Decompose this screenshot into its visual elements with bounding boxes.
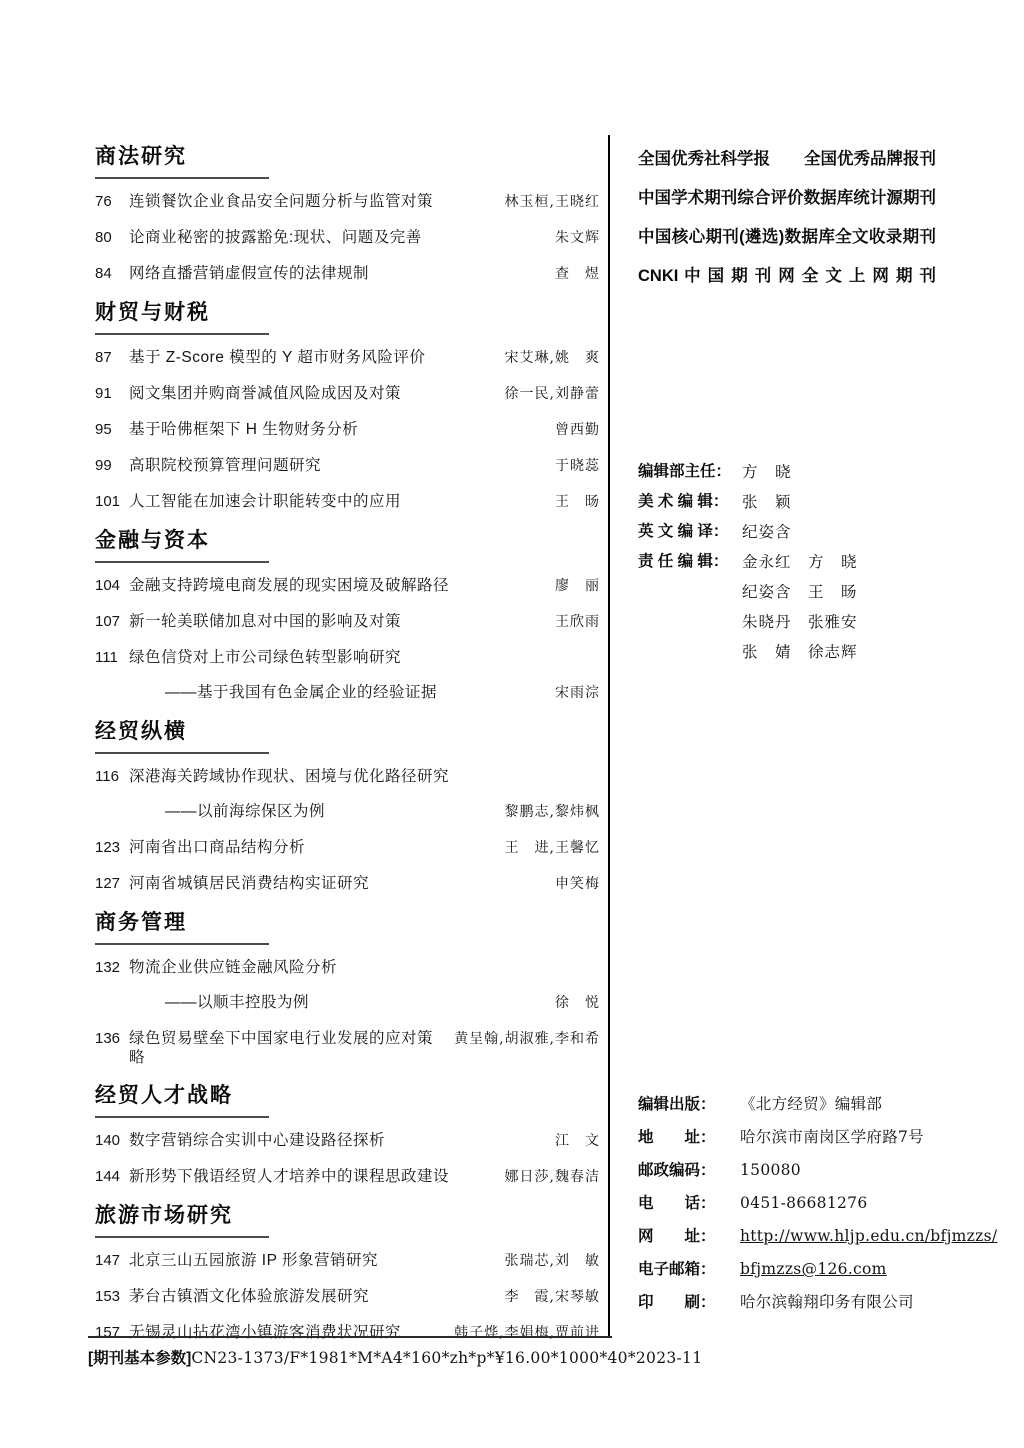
editorial-label: 编辑部主任： xyxy=(638,457,742,487)
toc-article-row: 101 人工智能在加速会计职能转变中的应用 王 旸 xyxy=(95,492,600,512)
footer-label: [期刊基本参数] xyxy=(88,1350,191,1367)
article-authors: 黄呈翰,胡淑雅,李和希 xyxy=(454,1030,600,1049)
article-page-number: 80 xyxy=(95,228,129,247)
article-authors: 娜日莎,魏春洁 xyxy=(505,1168,600,1187)
article-page-number: 147 xyxy=(95,1251,129,1270)
footer-params: CN23-1373/F*1981*M*A4*160*zh*p*¥16.00*10… xyxy=(191,1349,702,1367)
publisher-label: 邮政编码： xyxy=(638,1154,740,1187)
article-page-number: 153 xyxy=(95,1287,129,1306)
toc-article-subtitle-row: ——以前海综保区为例 黎鹏志,黎炜枫 xyxy=(95,802,600,822)
article-authors: 朱文辉 xyxy=(555,229,600,248)
publisher-row: 电 话： 0451-86681276 xyxy=(638,1187,936,1220)
toc-article-row: 116 深港海关跨域协作现状、困境与优化路径研究 xyxy=(95,767,600,786)
article-authors: 江 文 xyxy=(555,1132,600,1151)
article-authors: 林玉桓,王晓红 xyxy=(505,193,600,212)
article-title: 深港海关跨域协作现状、困境与优化路径研究 xyxy=(129,767,600,786)
editorial-row: 美 术 编 辑： 张 颖 xyxy=(638,487,936,517)
article-page-number: 123 xyxy=(95,838,129,857)
article-page-number: 99 xyxy=(95,456,129,475)
section-title: 商法研究 xyxy=(95,144,600,170)
toc-article-row: 91 阅文集团并购商誉减值风险成因及对策 徐一民,刘静蕾 xyxy=(95,384,600,404)
article-title: 数字营销综合实训中心建设路径探析 xyxy=(129,1131,555,1150)
toc-article-row: 111 绿色信贷对上市公司绿色转型影响研究 xyxy=(95,648,600,667)
column-divider-line xyxy=(608,135,610,1338)
editorial-value: 纪姿含 王 旸 xyxy=(638,577,936,607)
accolade-line: 中国学术期刊综合评价数据库统计源期刊 xyxy=(638,179,936,218)
article-title: 基于 Z-Score 模型的 Y 超市财务风险评价 xyxy=(129,348,505,367)
section-title: 旅游市场研究 xyxy=(95,1203,600,1229)
accolade-line: 全国优秀社科学报 全国优秀品牌报刊 xyxy=(638,140,936,179)
publisher-label: 编辑出版： xyxy=(638,1088,740,1121)
article-authors: 申笑梅 xyxy=(555,875,600,894)
article-authors: 王 进,王馨忆 xyxy=(505,839,600,858)
toc-article-row: 153 茅台古镇酒文化体验旅游发展研究 李 霞,宋琴敏 xyxy=(95,1287,600,1307)
article-title: 河南省城镇居民消费结构实证研究 xyxy=(129,874,555,893)
website-link[interactable]: http://www.hljp.edu.cn/bfjmzzs/ xyxy=(740,1220,997,1253)
article-page-number: 76 xyxy=(95,192,129,211)
editorial-label: 责 任 编 辑： xyxy=(638,547,742,577)
publisher-value: 0451-86681276 xyxy=(740,1187,867,1220)
toc-article-row: 147 北京三山五园旅游 IP 形象营销研究 张瑞芯,刘 敏 xyxy=(95,1251,600,1271)
article-authors: 徐一民,刘静蕾 xyxy=(505,385,600,404)
publisher-value: 《北方经贸》编辑部 xyxy=(740,1088,882,1121)
toc-article-row: 140 数字营销综合实训中心建设路径探析 江 文 xyxy=(95,1131,600,1151)
publisher-row: 电子邮箱： bfjmzzs@126.com xyxy=(638,1253,936,1286)
accolade-line: CNKI 中 国 期 刊 网 全 文 上 网 期 刊 xyxy=(638,257,936,296)
article-title: 人工智能在加速会计职能转变中的应用 xyxy=(129,492,555,511)
publisher-label: 网 址： xyxy=(638,1220,740,1253)
article-title: 物流企业供应链金融风险分析 xyxy=(129,958,600,977)
toc-article-row: 144 新形势下俄语经贸人才培养中的课程思政建设 娜日莎,魏春洁 xyxy=(95,1167,600,1187)
article-subtitle: ——基于我国有色金属企业的经验证据 xyxy=(129,683,555,702)
section-title: 经贸纵横 xyxy=(95,719,600,745)
article-page-number: 87 xyxy=(95,348,129,367)
editorial-staff-block: 编辑部主任： 方 晓 美 术 编 辑： 张 颖 英 文 编 译： 纪姿含 责 任… xyxy=(638,457,936,667)
article-title: 论商业秘密的披露豁免:现状、问题及完善 xyxy=(129,228,555,247)
article-page-number: 140 xyxy=(95,1131,129,1150)
editorial-value: 纪姿含 xyxy=(742,517,792,547)
publisher-row: 印 刷： 哈尔滨翰翔印务有限公司 xyxy=(638,1286,936,1319)
editorial-row: 英 文 编 译： 纪姿含 xyxy=(638,517,936,547)
article-title: 基于哈佛框架下 H 生物财务分析 xyxy=(129,420,555,439)
article-page-number: 107 xyxy=(95,612,129,631)
editorial-value: 金永红 方 晓 xyxy=(742,547,858,577)
publisher-label: 印 刷： xyxy=(638,1286,740,1319)
article-authors: 王 旸 xyxy=(555,493,600,512)
toc-article-row: 132 物流企业供应链金融风险分析 xyxy=(95,958,600,977)
editorial-value: 朱晓丹 张雅安 xyxy=(638,607,936,637)
publisher-row: 地 址： 哈尔滨市南岗区学府路7号 xyxy=(638,1121,936,1154)
article-page-number: 91 xyxy=(95,384,129,403)
accolade-text: 全国优秀品牌报刊 xyxy=(804,140,936,179)
publisher-row: 网 址： http://www.hljp.edu.cn/bfjmzzs/ xyxy=(638,1220,936,1253)
section-underline xyxy=(95,752,269,754)
article-page-number: 111 xyxy=(95,648,129,667)
section-underline xyxy=(95,177,269,179)
section-title: 经贸人才战略 xyxy=(95,1083,600,1109)
article-authors: 曾西勤 xyxy=(555,421,600,440)
article-authors: 黎鹏志,黎炜枫 xyxy=(505,803,600,822)
article-title: 网络直播营销虚假宣传的法律规制 xyxy=(129,264,555,283)
article-subtitle: ——以前海综保区为例 xyxy=(129,802,505,821)
section-underline xyxy=(95,561,269,563)
journal-parameters-footer: [期刊基本参数]CN23-1373/F*1981*M*A4*160*zh*p*¥… xyxy=(88,1336,612,1368)
toc-article-row: 76 连锁餐饮企业食品安全问题分析与监管对策 林玉桓,王晓红 xyxy=(95,192,600,212)
section-title: 金融与资本 xyxy=(95,528,600,554)
editorial-row: 责 任 编 辑： 金永红 方 晓 xyxy=(638,547,936,577)
article-title: 河南省出口商品结构分析 xyxy=(129,838,505,857)
toc-article-row: 84 网络直播营销虚假宣传的法律规制 查 煜 xyxy=(95,264,600,284)
editorial-value: 张 颖 xyxy=(742,487,792,517)
section-underline xyxy=(95,943,269,945)
editorial-value: 张 婧 徐志辉 xyxy=(638,637,936,667)
section-underline xyxy=(95,1236,269,1238)
toc-article-row: 107 新一轮美联储加息对中国的影响及对策 王欣雨 xyxy=(95,612,600,632)
article-authors: 王欣雨 xyxy=(555,613,600,632)
article-title: 新形势下俄语经贸人才培养中的课程思政建设 xyxy=(129,1167,505,1186)
article-title: 北京三山五园旅游 IP 形象营销研究 xyxy=(129,1251,505,1270)
toc-article-row: 80 论商业秘密的披露豁免:现状、问题及完善 朱文辉 xyxy=(95,228,600,248)
publisher-value: 哈尔滨市南岗区学府路7号 xyxy=(740,1121,924,1154)
email-link[interactable]: bfjmzzs@126.com xyxy=(740,1253,887,1286)
accolade-line: 中国核心期刊(遴选)数据库全文收录期刊 xyxy=(638,218,936,257)
publisher-label: 电子邮箱： xyxy=(638,1253,740,1286)
table-of-contents: 商法研究 76 连锁餐饮企业食品安全问题分析与监管对策 林玉桓,王晓红 80 论… xyxy=(95,140,600,1359)
article-title: 高职院校预算管理问题研究 xyxy=(129,456,555,475)
publisher-value: 150080 xyxy=(740,1154,801,1187)
article-authors: 查 煜 xyxy=(555,265,600,284)
article-authors: 于晓蕊 xyxy=(555,457,600,476)
toc-article-subtitle-row: ——以顺丰控股为例 徐 悦 xyxy=(95,993,600,1013)
article-authors: 宋雨淙 xyxy=(555,684,600,703)
article-page-number: 127 xyxy=(95,874,129,893)
publisher-row: 编辑出版： 《北方经贸》编辑部 xyxy=(638,1088,936,1121)
editorial-row: 编辑部主任： 方 晓 xyxy=(638,457,936,487)
article-authors: 廖 丽 xyxy=(555,577,600,596)
article-page-number: 84 xyxy=(95,264,129,283)
publisher-label: 电 话： xyxy=(638,1187,740,1220)
article-page-number: 136 xyxy=(95,1029,129,1048)
editorial-value: 方 晓 xyxy=(742,457,792,487)
article-authors: 徐 悦 xyxy=(555,994,600,1013)
article-page-number: 132 xyxy=(95,958,129,977)
editorial-label: 英 文 编 译： xyxy=(638,517,742,547)
toc-article-row: 95 基于哈佛框架下 H 生物财务分析 曾西勤 xyxy=(95,420,600,440)
publisher-row: 邮政编码： 150080 xyxy=(638,1154,936,1187)
article-page-number: 116 xyxy=(95,767,129,786)
toc-article-row: 123 河南省出口商品结构分析 王 进,王馨忆 xyxy=(95,838,600,858)
article-page-number: 101 xyxy=(95,492,129,511)
article-title: 绿色信贷对上市公司绿色转型影响研究 xyxy=(129,648,600,667)
article-title: 新一轮美联储加息对中国的影响及对策 xyxy=(129,612,555,631)
publisher-label: 地 址： xyxy=(638,1121,740,1154)
section-underline xyxy=(95,333,269,335)
toc-article-row: 87 基于 Z-Score 模型的 Y 超市财务风险评价 宋艾琳,姚 爽 xyxy=(95,348,600,368)
article-title: 茅台古镇酒文化体验旅游发展研究 xyxy=(129,1287,505,1306)
accolade-text: 全国优秀社科学报 xyxy=(638,140,770,179)
article-title: 绿色贸易壁垒下中国家电行业发展的应对策略 xyxy=(129,1029,454,1067)
article-subtitle: ——以顺丰控股为例 xyxy=(129,993,555,1012)
article-title: 连锁餐饮企业食品安全问题分析与监管对策 xyxy=(129,192,505,211)
article-title: 阅文集团并购商誉减值风险成因及对策 xyxy=(129,384,505,403)
journal-accolades: 全国优秀社科学报 全国优秀品牌报刊 中国学术期刊综合评价数据库统计源期刊 中国核… xyxy=(638,140,936,296)
section-title: 财贸与财税 xyxy=(95,300,600,326)
toc-article-row: 127 河南省城镇居民消费结构实证研究 申笑梅 xyxy=(95,874,600,894)
section-title: 商务管理 xyxy=(95,910,600,936)
publisher-info-block: 编辑出版： 《北方经贸》编辑部 地 址： 哈尔滨市南岗区学府路7号 邮政编码： … xyxy=(638,1088,936,1319)
toc-article-row: 136 绿色贸易壁垒下中国家电行业发展的应对策略 黄呈翰,胡淑雅,李和希 xyxy=(95,1029,600,1067)
section-underline xyxy=(95,1116,269,1118)
toc-article-row: 104 金融支持跨境电商发展的现实困境及破解路径 廖 丽 xyxy=(95,576,600,596)
toc-article-row: 99 高职院校预算管理问题研究 于晓蕊 xyxy=(95,456,600,476)
article-authors: 宋艾琳,姚 爽 xyxy=(505,349,600,368)
toc-article-subtitle-row: ——基于我国有色金属企业的经验证据 宋雨淙 xyxy=(95,683,600,703)
article-page-number: 144 xyxy=(95,1167,129,1186)
article-title: 金融支持跨境电商发展的现实困境及破解路径 xyxy=(129,576,555,595)
publisher-value: 哈尔滨翰翔印务有限公司 xyxy=(740,1286,914,1319)
editorial-label: 美 术 编 辑： xyxy=(638,487,742,517)
article-page-number: 95 xyxy=(95,420,129,439)
article-authors: 李 霞,宋琴敏 xyxy=(505,1288,600,1307)
article-authors: 张瑞芯,刘 敏 xyxy=(505,1252,600,1271)
article-page-number: 104 xyxy=(95,576,129,595)
